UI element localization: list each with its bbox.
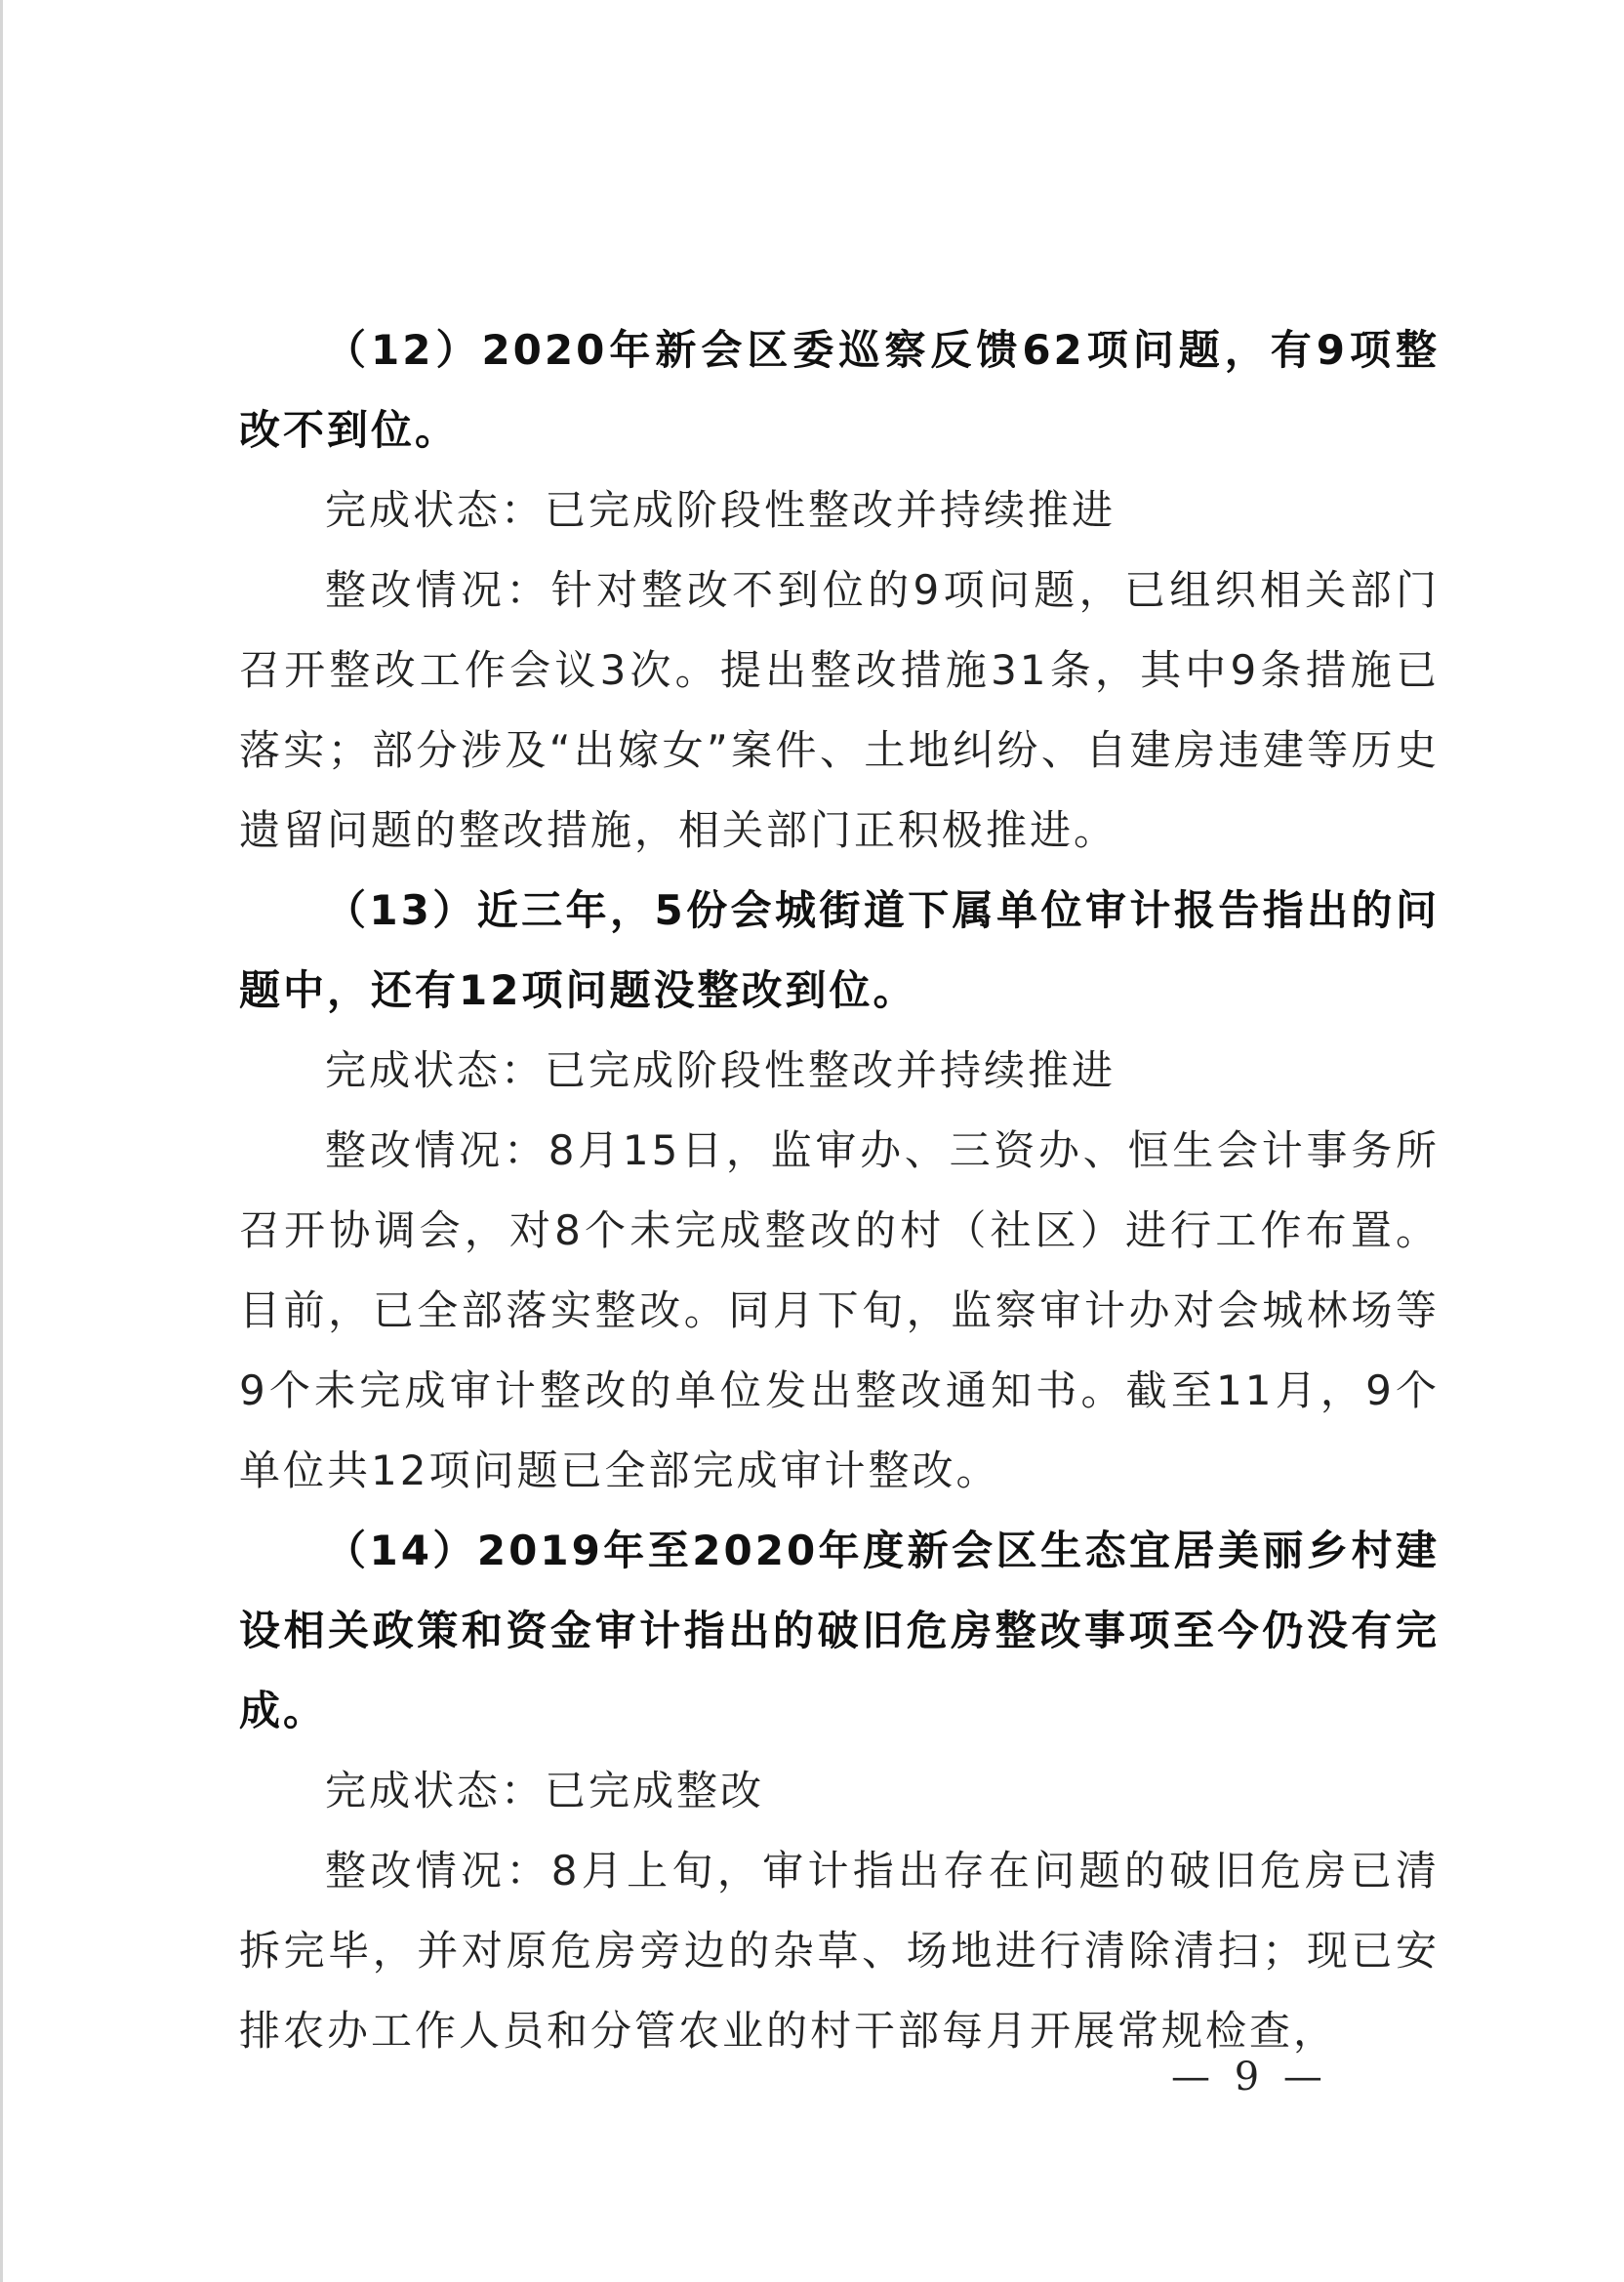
section-12-status: 完成状态：已完成阶段性整改并持续推进 (239, 470, 1440, 550)
document-page: （12）2020年新会区委巡察反馈62项问题，有9项整改不到位。 完成状态：已完… (239, 310, 1440, 2071)
section-12-progress: 整改情况：针对整改不到位的9项问题，已组织相关部门召开整改工作会议3次。提出整改… (239, 550, 1440, 871)
section-13-status: 完成状态：已完成阶段性整改并持续推进 (239, 1031, 1440, 1111)
section-14-status: 完成状态：已完成整改 (239, 1751, 1440, 1831)
section-13-heading: （13）近三年，5份会城街道下属单位审计报告指出的问题中，还有12项问题没整改到… (239, 871, 1440, 1031)
scan-edge-artifact (0, 0, 3, 2282)
section-12-heading: （12）2020年新会区委巡察反馈62项问题，有9项整改不到位。 (239, 310, 1440, 470)
section-13-progress: 整改情况：8月15日，监审办、三资办、恒生会计事务所召开协调会，对8个未完成整改… (239, 1111, 1440, 1511)
page-number: — 9 — (1171, 2055, 1328, 2099)
section-14-heading: （14）2019年至2020年度新会区生态宜居美丽乡村建设相关政策和资金审计指出… (239, 1511, 1440, 1751)
section-14-progress: 整改情况：8月上旬，审计指出存在问题的破旧危房已清拆完毕，并对原危房旁边的杂草、… (239, 1831, 1440, 2071)
